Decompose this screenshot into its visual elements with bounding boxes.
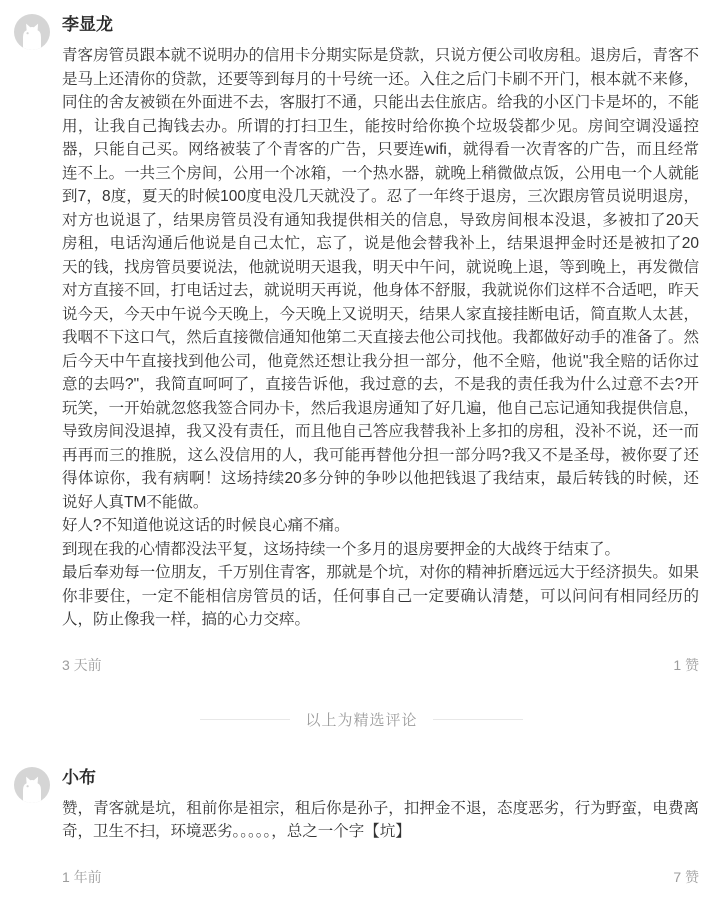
comment-paragraph: 赞，青客就是坑，租前你是祖宗，租后你是孙子，扣押金不退，态度恶劣，行为野蛮，电费… (62, 797, 699, 844)
comment-content: 小布 赞，青客就是坑，租前你是祖宗，租后你是孙子，扣押金不退，态度恶劣，行为野蛮… (62, 767, 699, 887)
divider-line (200, 719, 290, 720)
divider-label: 以上为精选评论 (305, 709, 417, 730)
comment-author[interactable]: 李显龙 (62, 14, 699, 36)
comment-body: 青客房管员跟本就不说明办的信用卡分期实际是贷款，只说方便公司收房租。退房后，青客… (62, 44, 699, 632)
user-avatar[interactable] (14, 14, 50, 50)
comment-item: 李显龙 青客房管员跟本就不说明办的信用卡分期实际是贷款，只说方便公司收房租。退房… (0, 0, 723, 675)
comment-meta: 3 天前 1 赞 (62, 655, 699, 675)
comment-body: 赞，青客就是坑，租前你是祖宗，租后你是孙子，扣押金不退，态度恶劣，行为野蛮，电费… (62, 797, 699, 844)
comment-paragraph: 好人?不知道他说这话的时候良心痛不痛。 (62, 514, 699, 538)
comment-paragraph: 青客房管员跟本就不说明办的信用卡分期实际是贷款，只说方便公司收房租。退房后，青客… (62, 44, 699, 514)
cat-avatar-icon (14, 767, 50, 803)
comment-paragraph: 最后奉劝每一位朋友，千万别住青客，那就是个坑，对你的精神折磨远远大于经济损失。如… (62, 561, 699, 632)
user-avatar[interactable] (14, 767, 50, 803)
comment-item: 小布 赞，青客就是坑，租前你是祖宗，租后你是孙子，扣押金不退，态度恶劣，行为野蛮… (0, 730, 723, 887)
comment-paragraph: 到现在我的心情都没法平复，这场持续一个多月的退房要押金的大战终于结束了。 (62, 538, 699, 562)
comment-author[interactable]: 小布 (62, 767, 699, 789)
comment-meta: 1 年前 7 赞 (62, 867, 699, 887)
featured-comments-divider: 以上为精选评论 (0, 709, 723, 730)
like-count[interactable]: 1 赞 (673, 655, 699, 675)
like-count[interactable]: 7 赞 (673, 867, 699, 887)
comment-content: 李显龙 青客房管员跟本就不说明办的信用卡分期实际是贷款，只说方便公司收房租。退房… (62, 14, 699, 675)
comments-section: 李显龙 青客房管员跟本就不说明办的信用卡分期实际是贷款，只说方便公司收房租。退房… (0, 0, 723, 905)
divider-line (433, 719, 523, 720)
cat-avatar-icon (14, 14, 50, 50)
comment-timestamp: 3 天前 (62, 655, 102, 675)
comment-timestamp: 1 年前 (62, 867, 102, 887)
